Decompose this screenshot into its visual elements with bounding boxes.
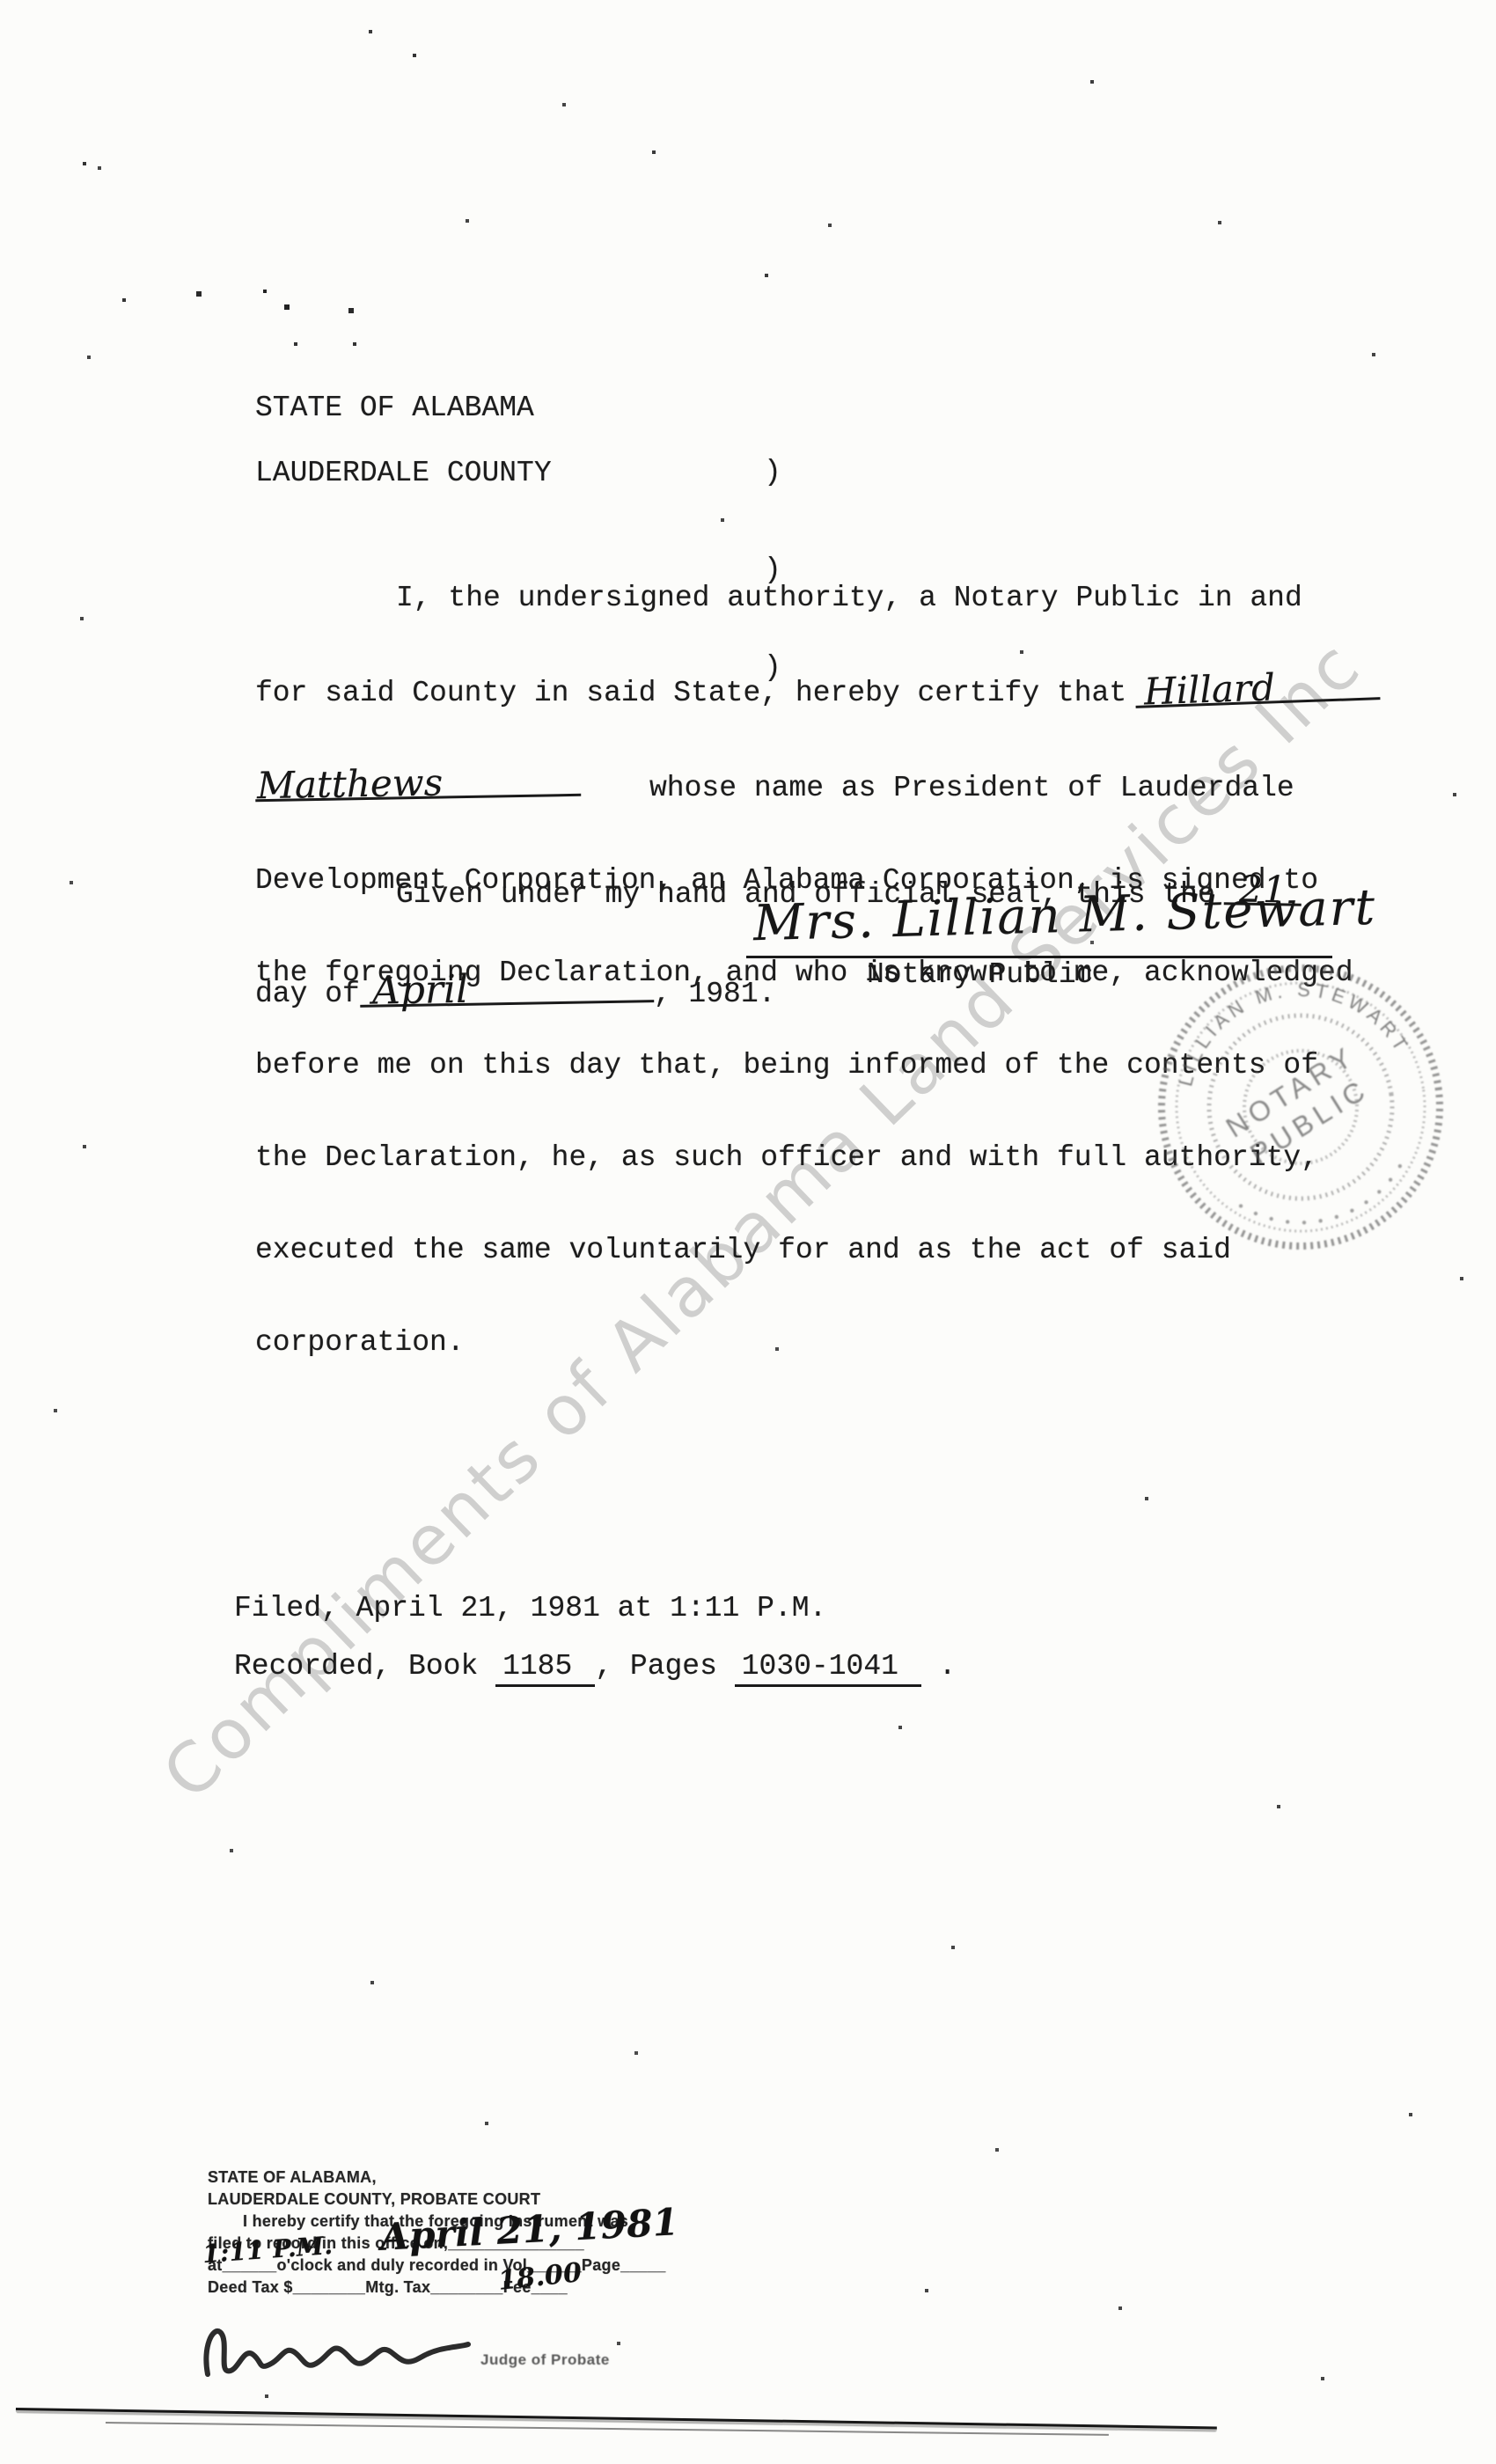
notary-seal: LILLIAN M. STEWART • • • • • • • • • • •… <box>1130 936 1472 1279</box>
stamp-handwritten-time: 1:11 P.M. <box>202 2234 334 2265</box>
seal-bottom-arc: • • • • • • • • • • • • <box>1228 1158 1413 1240</box>
acknowledgment-line: Matthewswhose name as President of Laude… <box>255 770 1399 803</box>
typed-text: . <box>921 1650 957 1683</box>
notary-title: Notary Public <box>867 959 1093 990</box>
paren: ) <box>764 456 833 488</box>
scan-edge-line <box>16 2408 1217 2429</box>
notary-seal-stamp: LILLIAN M. STEWART • • • • • • • • • • •… <box>1130 936 1472 1279</box>
recorded-line: Recorded, Book 1185, Pages 1030-1041 . <box>234 1651 957 1682</box>
stamp-line-tax: Deed Tax $________Mtg. Tax________Fee___… <box>208 2277 771 2299</box>
acknowledgment-line: corporation. <box>255 1327 1399 1358</box>
handwritten-first-name: Hillard <box>1135 671 1381 708</box>
scan-noise-speckles <box>0 0 2 2</box>
filed-line: Filed, April 21, 1981 at 1:11 P.M. <box>234 1593 826 1624</box>
probate-court-stamp: STATE OF ALABAMA, LAUDERDALE COUNTY, PRO… <box>208 2167 771 2299</box>
typed-text: day of <box>255 978 360 1010</box>
acknowledgment-line: for said County in said State, hereby ce… <box>255 675 1399 708</box>
stamp-line-oclock: at______o'clock and duly recorded in Vol… <box>208 2255 771 2277</box>
stamp-line-county: LAUDERDALE COUNTY, PROBATE COURT <box>208 2189 771 2211</box>
scanned-document-page: Compliments of Alabama Land Services Inc… <box>0 0 1496 2464</box>
typed-text: whose name as President of Lauderdale <box>649 772 1294 804</box>
header-county: LAUDERDALE COUNTY <box>255 458 552 488</box>
judge-title: Judge of Probate <box>480 2351 610 2369</box>
acknowledgment-line: I, the undersigned authority, a Notary P… <box>255 583 1399 613</box>
handwritten-month: April <box>360 973 655 1008</box>
judge-signature-scrawl <box>201 2320 473 2390</box>
header-state: STATE OF ALABAMA <box>255 392 534 423</box>
stamp-line-state: STATE OF ALABAMA, <box>208 2167 771 2189</box>
handwritten-last-name: Matthews <box>255 767 582 802</box>
svg-text:LILLIAN M. STEWART: LILLIAN M. STEWART <box>1162 963 1416 1091</box>
typed-text: Recorded, Book <box>234 1650 495 1683</box>
typed-text: , 1981. <box>654 978 776 1010</box>
book-number: 1185 <box>495 1650 595 1687</box>
stamp-handwritten-date: April 21, 1981 <box>380 2211 679 2248</box>
judge-signature-block: Judge of Probate <box>201 2320 658 2399</box>
seal-arc-text: LILLIAN M. STEWART <box>1162 963 1416 1091</box>
svg-text:• • • • • • • • • • • •: • • • • • • • • • • • • <box>1228 1158 1413 1240</box>
page-range: 1030-1041 <box>735 1650 921 1687</box>
typed-text: , Pages <box>595 1650 734 1683</box>
stamp-handwritten-fee: 18.00 <box>497 2262 583 2292</box>
typed-text: for said County in said State, hereby ce… <box>255 677 1126 709</box>
